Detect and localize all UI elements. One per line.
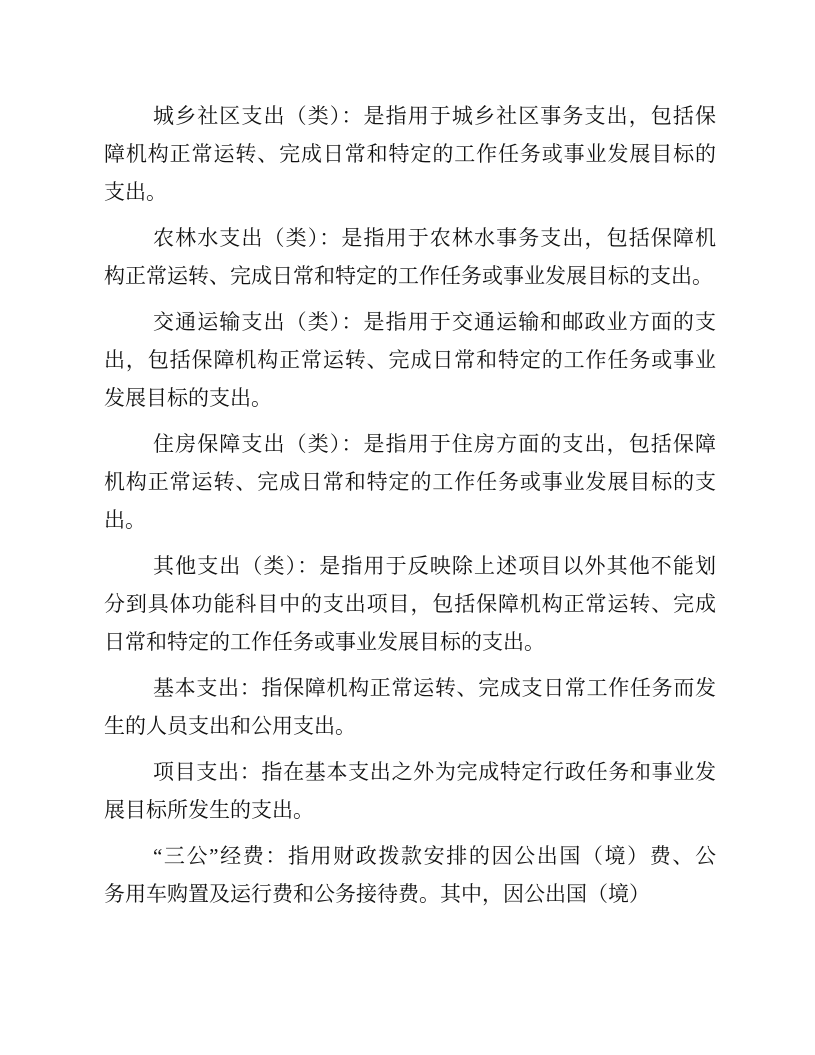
text-line: 农林水支出（类）：是指用于农林水事务支出，包括保障机 bbox=[104, 219, 716, 257]
paragraph-transportation-expenditure: 交通运输支出（类）：是指用于交通运输和邮政业方面的支 出，包括保障机构正常运转、… bbox=[104, 303, 716, 417]
text-line: 障机构正常运转、完成日常和特定的工作任务或事业发展目标的 bbox=[104, 135, 716, 173]
text-line: 发展目标的支出。 bbox=[104, 379, 716, 417]
text-line: 住房保障支出（类）：是指用于住房方面的支出，包括保障 bbox=[104, 425, 716, 463]
paragraph-other-expenditure: 其他支出（类）：是指用于反映除上述项目以外其他不能划 分到具体功能科目中的支出项… bbox=[104, 547, 716, 661]
paragraph-urban-rural-community-expenditure: 城乡社区支出（类）：是指用于城乡社区事务支出，包括保 障机构正常运转、完成日常和… bbox=[104, 97, 716, 211]
text-line: 务用车购置及运行费和公务接待费。其中，因公出国（境） bbox=[104, 875, 716, 913]
document-page: 城乡社区支出（类）：是指用于城乡社区事务支出，包括保 障机构正常运转、完成日常和… bbox=[0, 0, 815, 1055]
paragraph-basic-expenditure: 基本支出：指保障机构正常运转、完成支日常工作任务而发 生的人员支出和公用支出。 bbox=[104, 669, 716, 745]
text-line: “三公”经费：指用财政拨款安排的因公出国（境）费、公 bbox=[104, 837, 716, 875]
text-line: 日常和特定的工作任务或事业发展目标的支出。 bbox=[104, 623, 716, 661]
text-line: 项目支出：指在基本支出之外为完成特定行政任务和事业发 bbox=[104, 753, 716, 791]
paragraph-three-public-funds: “三公”经费：指用财政拨款安排的因公出国（境）费、公 务用车购置及运行费和公务接… bbox=[104, 837, 716, 913]
document-text-block: 城乡社区支出（类）：是指用于城乡社区事务支出，包括保 障机构正常运转、完成日常和… bbox=[104, 97, 716, 921]
text-line: 生的人员支出和公用支出。 bbox=[104, 707, 716, 745]
text-line: 城乡社区支出（类）：是指用于城乡社区事务支出，包括保 bbox=[104, 97, 716, 135]
paragraph-agriculture-forestry-water-expenditure: 农林水支出（类）：是指用于农林水事务支出，包括保障机 构正常运转、完成日常和特定… bbox=[104, 219, 716, 295]
paragraph-project-expenditure: 项目支出：指在基本支出之外为完成特定行政任务和事业发 展目标所发生的支出。 bbox=[104, 753, 716, 829]
text-line: 基本支出：指保障机构正常运转、完成支日常工作任务而发 bbox=[104, 669, 716, 707]
text-line: 构正常运转、完成日常和特定的工作任务或事业发展目标的支出。 bbox=[104, 257, 716, 295]
text-line: 其他支出（类）：是指用于反映除上述项目以外其他不能划 bbox=[104, 547, 716, 585]
text-line: 展目标所发生的支出。 bbox=[104, 791, 716, 829]
text-line: 出，包括保障机构正常运转、完成日常和特定的工作任务或事业 bbox=[104, 341, 716, 379]
paragraph-housing-security-expenditure: 住房保障支出（类）：是指用于住房方面的支出，包括保障 机构正常运转、完成日常和特… bbox=[104, 425, 716, 539]
text-line: 机构正常运转、完成日常和特定的工作任务或事业发展目标的支 bbox=[104, 463, 716, 501]
text-line: 分到具体功能科目中的支出项目，包括保障机构正常运转、完成 bbox=[104, 585, 716, 623]
text-line: 出。 bbox=[104, 501, 716, 539]
text-line: 交通运输支出（类）：是指用于交通运输和邮政业方面的支 bbox=[104, 303, 716, 341]
text-line: 支出。 bbox=[104, 173, 716, 211]
